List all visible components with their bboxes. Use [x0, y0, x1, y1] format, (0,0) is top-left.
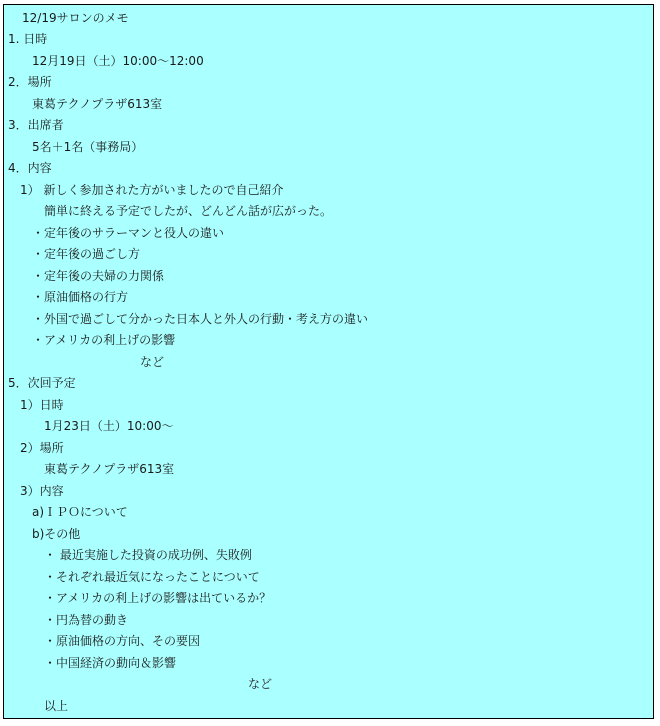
section-2-place: 東葛テクノプラザ613室	[32, 96, 162, 112]
next-item-b: b)その他	[32, 526, 80, 542]
next-datetime-heading: 1）日時	[20, 397, 64, 413]
other-topic-item: ・中国経済の動向＆影響	[44, 655, 176, 671]
memo-document: 12/19サロンのメモ 1. 日時 12月19日（土）10:00～12:00 2…	[3, 4, 654, 719]
topic-item: ・アメリカの利上げの影響	[32, 332, 175, 348]
other-topic-item: ・円為替の動き	[44, 612, 128, 628]
section-4-heading: 4．内容	[8, 160, 52, 176]
other-topic-item: ・それぞれ最近気になったことについて	[44, 569, 260, 585]
next-content-heading: 3）内容	[20, 483, 64, 499]
other-topic-item: ・アメリカの利上げの影響は出ているか？	[44, 590, 271, 606]
topic-item: ・外国で過ごして分かった日本人と外人の行動・考え方の違い	[32, 311, 368, 327]
section-3-attendees: 5名＋1名（事務局）	[32, 139, 143, 155]
closing-text: 以上	[44, 698, 68, 714]
topic-item: ・定年後の過ごし方	[32, 246, 140, 262]
other-topics-etc: など	[248, 676, 272, 692]
next-item-a: a)ＩＰＯについて	[32, 504, 128, 520]
other-topic-item: ・原油価格の方向、その要因	[44, 633, 200, 649]
other-topic-item: ・ 最近実施した投資の成功例、失敗例	[44, 547, 252, 563]
next-place-heading: 2）場所	[20, 440, 64, 456]
section-5-heading: 5．次回予定	[8, 375, 76, 391]
topics-etc: など	[140, 354, 164, 370]
section-3-heading: 3．出席者	[8, 117, 64, 133]
next-datetime: 1月23日（土）10:00～	[44, 418, 174, 434]
memo-title: 12/19サロンのメモ	[22, 10, 129, 26]
section-2-heading: 2．場所	[8, 74, 52, 90]
section-1-datetime: 12月19日（土）10:00～12:00	[32, 53, 204, 69]
section-4-sub1-heading: 1） 新しく参加された方がいましたので自己紹介	[20, 182, 283, 198]
topic-item: ・定年後のサラーマンと役人の違い	[32, 225, 224, 241]
section-1-heading: 1. 日時	[8, 31, 47, 47]
topic-item: ・原油価格の行方	[32, 289, 128, 305]
section-4-sub1-note: 簡単に終える予定でしたが、どんどん話が広がった。	[44, 203, 332, 219]
next-place: 東葛テクノプラザ613室	[44, 461, 174, 477]
topic-item: ・定年後の夫婦の力関係	[32, 268, 164, 284]
